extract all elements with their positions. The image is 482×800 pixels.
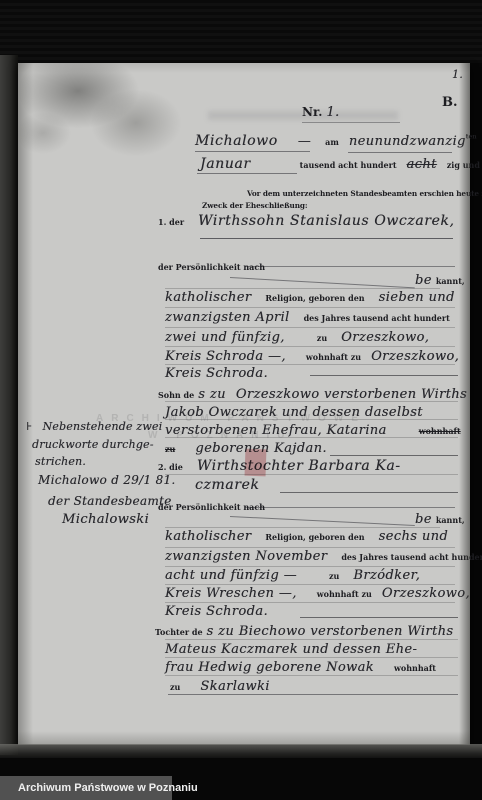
groom-known-line: be kannt,: [415, 271, 465, 289]
bride-residence-line: Kreis Wreschen —, wohnhaft zu Orzeszkowo…: [165, 584, 470, 602]
registrar-signature: Michalowski: [62, 512, 149, 527]
day-value: neunundzwanzig: [349, 134, 466, 149]
dash: —: [298, 134, 311, 149]
daughter-of-hand: s zu Biechowo verstorbenen Wirths: [207, 624, 454, 639]
birth-year-hand: zwei und fünfzig,: [165, 330, 285, 345]
form-rule: [245, 507, 455, 508]
margin-note-signature: Michalowski: [62, 510, 149, 528]
bride-mother-line: frau Hedwig geborene Nowak wohnhaft: [165, 658, 436, 676]
month-value: Januar: [200, 156, 251, 172]
archive-caption-text: Archiwum Państwowe w Poznaniu: [0, 782, 198, 794]
highlight-mark: [245, 449, 267, 477]
margin-note-date: Michalowo d 29/1 81.: [38, 471, 175, 489]
groom-birthdate-line: zwanzigsten April des Jahres tausend ach…: [165, 308, 450, 326]
zu-printed-2: zu: [170, 682, 180, 692]
identity-label-2: der Persönlichkeit nach: [158, 502, 265, 512]
archive-caption: Archiwum Państwowe w Poznaniu: [0, 776, 172, 800]
margin-note-text3: strichen.: [35, 455, 86, 468]
bride-mother-name: frau Hedwig geborene Nowak: [165, 660, 374, 675]
bride-father-line2: Mateus Kaczmarek und dessen Ehe-: [165, 640, 417, 658]
bride-birth-year-printed: des Jahres tausend acht hundert: [341, 552, 482, 562]
form-rule: [310, 375, 458, 376]
wohnhaft-label-2: wohnhaft zu: [317, 589, 372, 599]
bride-name-line: 2. die Wirthstochter Barbara Ka-: [158, 457, 401, 475]
margin-note-line1: ⊦ Nebenstehende zwei: [26, 417, 162, 435]
religion-hand-2: katholischer: [165, 529, 251, 544]
year-decade-value: acht: [407, 157, 437, 172]
form-rule: [230, 516, 415, 526]
scanned-register-screenshot: ARCHIWUM PAŃSTWOWE W POZNANIU 1. B. Nr. …: [0, 0, 482, 800]
form-rule: [197, 173, 297, 174]
father-name: Jakob Owczarek und dessen daselbst: [165, 405, 423, 420]
bride-name-line2: czmarek: [195, 476, 260, 494]
intro-line-2: Zweck der Eheschließung:: [202, 195, 308, 213]
document-page: ARCHIWUM PAŃSTWOWE W POZNANIU 1. B. Nr. …: [18, 63, 470, 745]
year-decade-printed: zig und: [447, 160, 480, 170]
form-rule: [200, 238, 453, 239]
wohnhaft-printed-2: wohnhaft: [394, 663, 436, 673]
known-printed: kannt,: [436, 276, 465, 286]
am-label: am: [325, 137, 339, 147]
wohnhaft-label: wohnhaft zu: [306, 352, 361, 362]
identity-label: der Persönlichkeit nach: [158, 262, 265, 272]
bride-father-line1: Tochter de s zu Biechowo verstorbenen Wi…: [155, 622, 453, 640]
book-gutter-edge: [0, 55, 18, 755]
record-number: Nr. 1.: [302, 103, 346, 121]
bride-religion-line: katholischer Religion, geboren den sechs…: [165, 527, 448, 545]
bride-birth-district: Kreis Wreschen —,: [165, 586, 297, 601]
date-month-line: Januar tausend acht hundert acht zig und…: [200, 155, 482, 173]
religion-printed: Religion, geboren den: [265, 293, 364, 303]
son-of-printed: Sohn de: [158, 390, 194, 400]
birthplace: Orzeszkowo,: [341, 330, 429, 345]
zu-label: zu: [317, 333, 327, 343]
form-rule: [280, 492, 458, 493]
groom-name-line: 1. der Wirthssohn Stanislaus Owczarek,: [158, 212, 455, 230]
bride-district-line: Kreis Schroda.: [165, 602, 268, 620]
bride-known-line: be kannt,: [415, 510, 465, 528]
daughter-of-printed: Tochter de: [155, 627, 203, 637]
bride-birth-day-1: sechs und: [379, 529, 449, 544]
day-suffix: ten: [466, 134, 477, 141]
bride-residence-district: Kreis Schroda.: [165, 604, 268, 619]
record-number-value: 1.: [326, 105, 339, 120]
margin-note-line3: strichen.: [35, 452, 86, 470]
intro-text-2: Zweck der Eheschließung:: [202, 201, 308, 210]
bride-residence2-line: zu Skarlawki: [170, 677, 270, 695]
date-place-line: Michalowo — am neunundzwanzigten: [195, 132, 477, 150]
groom-mother-line1: verstorbenen Ehefrau, Katarina wohnhaft: [165, 421, 461, 439]
place-value: Michalowo: [195, 133, 278, 149]
form-rule: [330, 455, 458, 456]
religion-hand: katholischer: [165, 290, 251, 305]
bride-birth-year-hand: acht und fünfzig —: [165, 568, 297, 583]
margin-note-text4: Michalowo d 29/1 81.: [38, 473, 175, 487]
groom-district-line: Kreis Schroda.: [165, 364, 268, 382]
struck-zu: zu: [165, 444, 175, 454]
form-rule: [245, 266, 455, 267]
margin-note-text2: druckworte durchge-: [32, 438, 154, 451]
bride-name-1: Wirthstochter Barbara Ka-: [197, 458, 401, 474]
form-section-letter: B.: [442, 95, 458, 110]
form-rule: [195, 151, 310, 152]
groom-number-label: 1. der: [158, 217, 184, 227]
known-hand: be: [415, 273, 432, 288]
groom-birthyear-line: zwei und fünfzig, zu Orzeszkowo,: [165, 328, 429, 346]
bride-birthdate-line: zwanzigsten November des Jahres tausend …: [165, 547, 482, 565]
groom-residence-line: Kreis Schroda —, wohnhaft zu Orzeszkowo,: [165, 347, 459, 365]
bride-birthyear-line: acht und fünfzig — zu Brzódker,: [165, 566, 420, 584]
residence: Orzeszkowo,: [371, 349, 459, 364]
groom-father-line1: Sohn de s zu Orzeszkowo verstorbenen Wir…: [158, 385, 467, 403]
form-rule: [300, 617, 458, 618]
page-number: 1.: [452, 68, 463, 81]
father-place: Orzeszkowo verstorbenen Wirths: [236, 387, 467, 402]
bride-birth-day-2: zwanzigsten November: [165, 549, 327, 564]
scanner-background-top: [0, 0, 482, 63]
bride-birthplace: Brzódker,: [353, 568, 420, 583]
birth-year-printed: des Jahres tausend acht hundert: [304, 313, 450, 323]
groom-religion-line: katholischer Religion, geboren den siebe…: [165, 288, 455, 306]
known-printed-2: kannt,: [436, 515, 465, 525]
groom-name: Wirthssohn Stanislaus Owczarek,: [198, 213, 455, 229]
margin-note-mark: ⊦: [26, 420, 32, 433]
groom-father-line2: Jakob Owczarek und dessen daselbst: [165, 403, 423, 421]
groom-identity-line: der Persönlichkeit nach: [158, 257, 265, 275]
margin-note-text5: der Standesbeamte: [48, 494, 172, 508]
bride-residence: Orzeszkowo,: [382, 586, 470, 601]
known-hand-2: be: [415, 512, 432, 527]
margin-note-text1: Nebenstehende zwei: [42, 420, 162, 433]
son-of-hand: s zu: [198, 387, 226, 402]
form-rule: [302, 122, 400, 123]
form-rule: [230, 277, 415, 288]
bride-identity-line: der Persönlichkeit nach: [158, 497, 265, 515]
residence-district: Kreis Schroda.: [165, 366, 268, 381]
bride-mother-residence: Skarlawki: [200, 679, 269, 694]
margin-note-line2: druckworte durchge-: [32, 435, 154, 453]
margin-note-official: der Standesbeamte: [48, 492, 172, 510]
mother-name: verstorbenen Ehefrau, Katarina: [165, 423, 387, 438]
struck-wohnhaft: wohnhaft: [419, 426, 461, 436]
year-printed: tausend acht hundert: [300, 160, 397, 170]
birth-district: Kreis Schroda —,: [165, 349, 286, 364]
birth-day-2: zwanzigsten April: [165, 310, 290, 325]
paper-stain: [18, 63, 203, 168]
bride-father-name: Mateus Kaczmarek und dessen Ehe-: [165, 642, 417, 657]
zu-label-2: zu: [329, 571, 339, 581]
record-number-label: Nr.: [302, 105, 322, 119]
form-rule: [348, 152, 452, 153]
birth-day-1: sieben und: [379, 290, 455, 305]
bride-name-2: czmarek: [195, 477, 260, 493]
religion-printed-2: Religion, geboren den: [265, 532, 364, 542]
